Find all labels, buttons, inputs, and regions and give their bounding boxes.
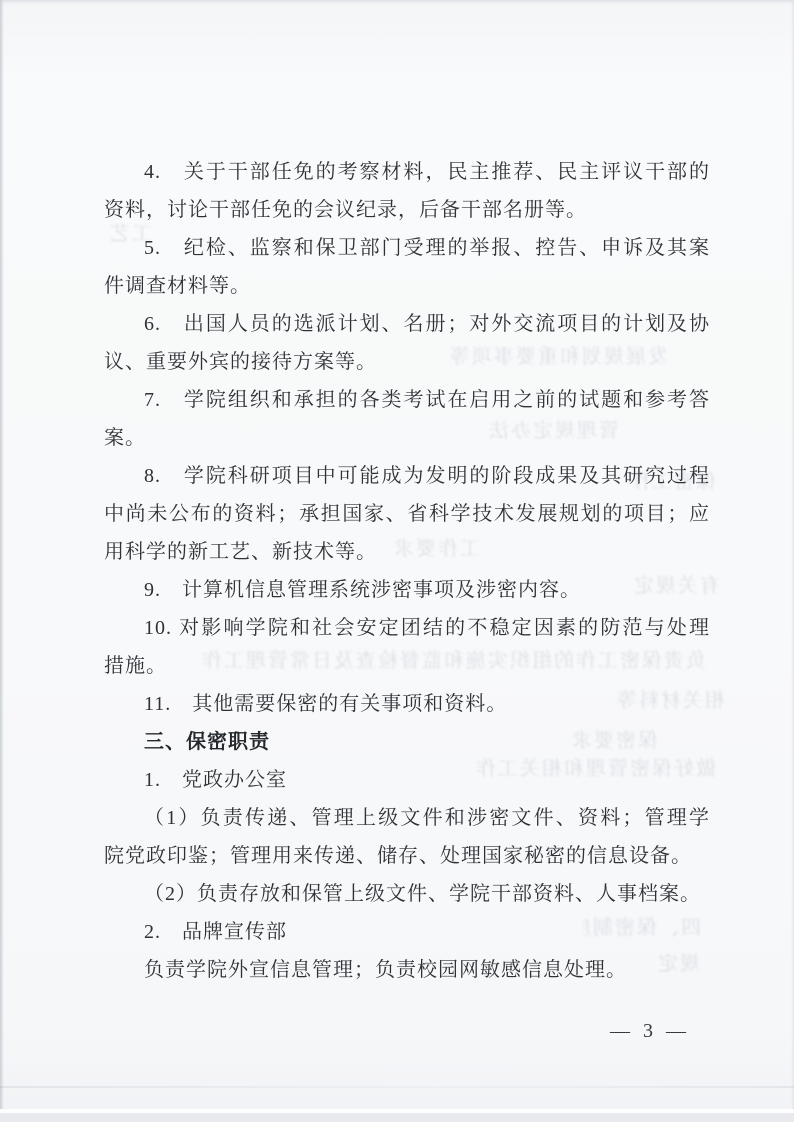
body-text-line: 2. 品牌宣传部	[104, 913, 710, 951]
body-text-line: 5. 纪检、监察和保卫部门受理的举报、控告、申诉及其案	[104, 229, 710, 267]
paper-crease	[0, 1086, 794, 1088]
page-number: — 3 —	[610, 1020, 690, 1043]
section-heading: 三、保密职责	[104, 723, 710, 761]
body-text-line: （1）负责传递、管理上级文件和涉密文件、资料；管理学	[104, 799, 710, 837]
body-text-line: 用科学的新工艺、新技术等。	[104, 533, 710, 571]
scan-edge-top	[0, 0, 794, 4]
body-text-line: 议、重要外宾的接待方案等。	[104, 343, 710, 381]
body-text-line: 负责学院外宣信息管理；负责校园网敏感信息处理。	[104, 951, 710, 989]
body-text-line: 案。	[104, 419, 710, 457]
body-text-line: 件调查材料等。	[104, 267, 710, 305]
body-text-line: 10. 对影响学院和社会安定团结的不稳定因素的防范与处理	[104, 609, 710, 647]
body-text-line: 中尚未公布的资料；承担国家、省科学技术发展规划的项目；应	[104, 495, 710, 533]
body-text-line: 措施。	[104, 647, 710, 685]
body-text-line: 资料，讨论干部任免的会议纪录，后备干部名册等。	[104, 191, 710, 229]
body-text-line: （2）负责存放和保管上级文件、学院干部资料、人事档案。	[104, 875, 710, 913]
scan-edge-left	[0, 0, 4, 1122]
document-body: 4. 关于干部任免的考察材料，民主推荐、民主评议干部的资料，讨论干部任免的会议纪…	[104, 153, 710, 989]
body-text-line: 9. 计算机信息管理系统涉密事项及涉密内容。	[104, 571, 710, 609]
scanned-document-page: 工艺发展规划和重要事项等管理规定办法保密工作工作要求有关规定负责保密工作的组织实…	[0, 0, 794, 1122]
body-text-line: 4. 关于干部任免的考察材料，民主推荐、民主评议干部的	[104, 153, 710, 191]
body-text-line: 11. 其他需要保密的有关事项和资料。	[104, 685, 710, 723]
body-text-line: 院党政印鉴；管理用来传递、储存、处理国家秘密的信息设备。	[104, 837, 710, 875]
scan-edge-bottom	[0, 1113, 794, 1122]
body-text-line: 7. 学院组织和承担的各类考试在启用之前的试题和参考答	[104, 381, 710, 419]
body-text-line: 8. 学院科研项目中可能成为发明的阶段成果及其研究过程	[104, 457, 710, 495]
body-text-line: 6. 出国人员的选派计划、名册；对外交流项目的计划及协	[104, 305, 710, 343]
body-text-line: 1. 党政办公室	[104, 761, 710, 799]
